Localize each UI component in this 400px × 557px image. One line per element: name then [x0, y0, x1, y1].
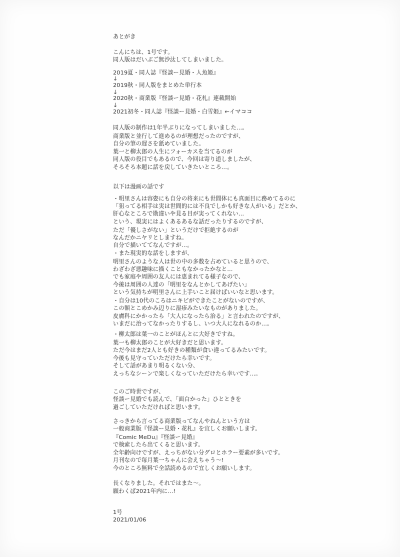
text-line: そして話があまり明るくない分、 — [113, 362, 393, 370]
text-line: 「狙ってる相手は実は世間的には不良でしかも好きな人がいる」だとか、 — [113, 202, 393, 210]
text-line: ただ「優しさがない」というだけで拒絶するのが — [113, 226, 393, 234]
text-line: えっちなシーンで楽しくなっていただけたら幸いです…。 — [113, 370, 393, 378]
text-line: さっきから言ってる商業版ってなんやねんという方は — [113, 417, 393, 425]
text-line: 今後も見守っていただけたら幸いです。 — [113, 354, 393, 362]
paragraph-greeting: こんにちは、1号です。同人版はだいぶご無沙汰してしまいました。 — [113, 49, 393, 65]
text-line: ・明里さんは容姿にも自分の将来にも世間体にも真面目に務めてるのに — [113, 195, 393, 203]
text-line: 明里さんのような人は世の中の多数を占めていると思うので、 — [113, 257, 393, 265]
text-line: ただ今はまだ2人とも好きの種類が食い違ってるみたいです。 — [113, 346, 393, 354]
text-line: 長くなりました。それではまた〜。 — [113, 479, 393, 487]
text-line: こんにちは、1号です。 — [113, 49, 393, 57]
afterword-text-column: あとがき こんにちは、1号です。同人版はだいぶご無沙汰してしまいました。2019… — [113, 33, 393, 524]
paragraph-closing: 長くなりました。それではまた〜。願わくば2021年内に…! — [113, 479, 393, 495]
signature-author: 1号 — [113, 508, 393, 516]
text-line: でも家庭や周囲の友人には恵まれてる様子なので、 — [113, 273, 393, 281]
paragraphs: こんにちは、1号です。同人版はだいぶご無沙汰してしまいました。2019夏・同人誌… — [113, 49, 393, 495]
scanned-afterword-page: あとがき こんにちは、1号です。同人版はだいぶご無沙汰してしまいました。2019… — [0, 0, 400, 557]
text-line: 自分の筆の遅さを舐めていました。 — [113, 140, 393, 148]
page-title: あとがき — [113, 33, 393, 41]
text-line: この額とこめかみ辺りに湿疹みたいなものがありました。 — [113, 304, 393, 312]
text-line: 葉一と柳太郎の人生にフォーカスを当てるのが — [113, 148, 393, 156]
text-line: 商業版と並行して進めるのが理想だったのですが、 — [113, 132, 393, 140]
text-line: 2020秋・商業版『怪談ー見婚・花札』連載開始 — [113, 95, 393, 102]
text-line: 2021初冬・同人誌『怪談ー見婚・白雪姫』←イマココ — [113, 109, 393, 116]
text-line: 同人版の役目でもあるので、今回は寄り道しましたが、 — [113, 156, 393, 164]
text-line: 願わくば2021年内に…! — [113, 487, 393, 495]
text-line: 怪談ー見婚でも読んで、「面白かった」ひとときを — [113, 395, 393, 403]
text-line: このご時世ですが、 — [113, 388, 393, 396]
text-line: いまだに治ってなかったりするし、いつ大人になれるのか…。 — [113, 320, 393, 328]
paragraph-timeline: 2019夏・同人誌『怪談ー見婚・人魚姫』↓2019秋・同人版をまとめた単行本↓2… — [113, 69, 393, 115]
paragraph-promotion: さっきから言ってる商業版ってなんやねんという方は一般商業版『怪談ー見婚・花札』を… — [113, 417, 393, 472]
text-line: という気持ちが明里さんに上手いこと届けばいいなと思います。 — [113, 289, 393, 297]
text-line: 同人版はだいぶご無沙汰してしまいました。 — [113, 56, 393, 64]
text-line: 自分で描いててなんですが…。 — [113, 242, 393, 250]
text-line: ・柳太郎は葉一のことがほんとに大好きですね。 — [113, 331, 393, 339]
text-line: 以下は漫画の話です — [113, 183, 393, 191]
paragraph-manga-note-heading: 以下は漫画の話です — [113, 183, 393, 191]
paragraph-intro: 同人版の制作は1年半ぶりになってしまいました…。商業版と並行して進めるのが理想だ… — [113, 124, 393, 171]
text-line: なんだかニヤリとしますね。 — [113, 234, 393, 242]
text-line: 全年齢向けですが、えっちがない分グロとホラー要素が多いです。 — [113, 449, 393, 457]
text-line: ・自分は10代のころはニキビができたことがないのですが、 — [113, 297, 393, 305]
text-line: 一般商業版『怪談ー見婚・花札』を宜しくお願いします。 — [113, 425, 393, 433]
paragraph-ryutaro-notes: ・柳太郎は葉一のことがほんとに大好きですね。葉一も柳太郎のことが大好きだと思いま… — [113, 331, 393, 378]
text-line: 月刊なので毎月葉一ちゃんに会えちゃう〜! — [113, 457, 393, 465]
text-line: ・また現実的な話をしますが、 — [113, 250, 393, 258]
text-line: 同人版の制作は1年半ぶりになってしまいました…。 — [113, 124, 393, 132]
text-line: 『Comic MeDu』『怪談ー見婚』 — [113, 433, 393, 441]
text-line: 皮膚科にかかったら「大人になったら治る」と言われたのですが、 — [113, 312, 393, 320]
text-line: 葉一も柳太郎のことが大好きだと思います。 — [113, 339, 393, 347]
text-line: わざわざ悪趣味に描くこともなかったかなと… — [113, 265, 393, 273]
text-line: 今後は周囲の人達の「明里をなんとかしてあげたい」 — [113, 281, 393, 289]
text-line: そろそろ本題に話を戻していきたいところ…。 — [113, 164, 393, 172]
signature: 1号 2021/01/06 — [113, 508, 393, 524]
paragraph-akari-notes: ・明里さんは容姿にも自分の将来にも世間体にも真面目に務めてるのに「狙ってる相手は… — [113, 195, 393, 328]
paragraph-wish: このご時世ですが、怪談ー見婚でも読んで、「面白かった」ひとときを過ごしていただけ… — [113, 388, 393, 412]
text-line: で検索したら出てくると思います。 — [113, 441, 393, 449]
text-line: 肝心なところで勘違いや見る目が実ってくれない… — [113, 210, 393, 218]
signature-date: 2021/01/06 — [113, 516, 393, 524]
text-line: 今のところ無料で全話読めるので宜しくお願いします。 — [113, 464, 393, 472]
text-line: 過ごしていただければと思います。 — [113, 403, 393, 411]
text-line: という、現実にはよくあるあるな話だったりするのですが、 — [113, 218, 393, 226]
